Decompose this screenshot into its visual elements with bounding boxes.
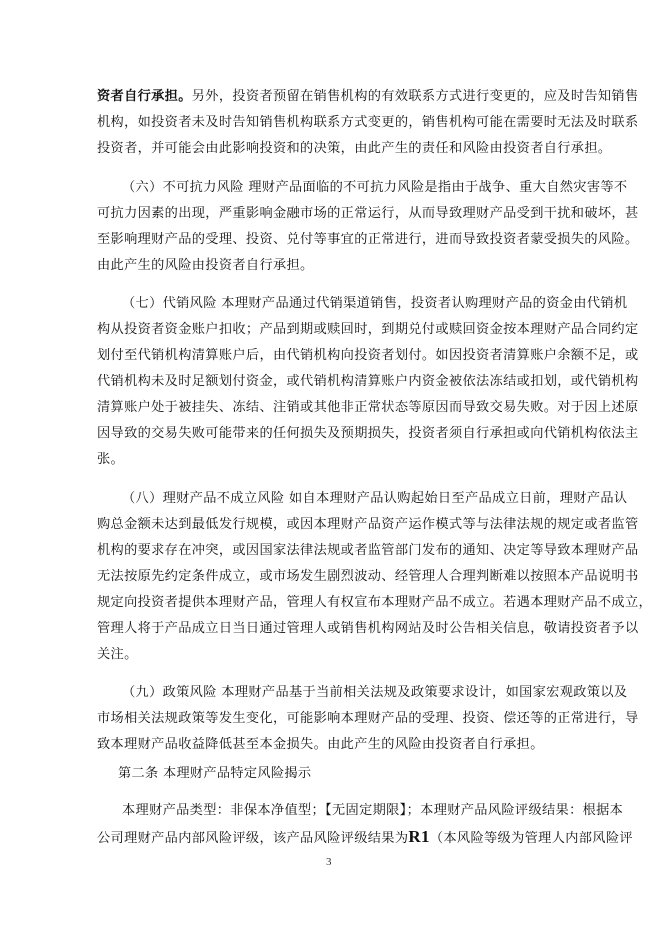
risk-level-value: R1 — [408, 827, 429, 846]
section-heading: 第二条 本理财产品特定风险揭示 — [118, 765, 311, 783]
page-number: 3 — [326, 856, 332, 868]
paragraph-line: 购总金额未达到最低发行规模，或因本理财产品资产运作模式等与法律法规的规定或者监管 — [97, 516, 567, 534]
risk-rating-line: 公司理财产品内部风险评级，该产品风险评级结果为R1（本风险等级为管理人内部风险评 — [97, 828, 567, 848]
paragraph-line: 规定向投资者提供本理财产品，管理人有权宣布本理财产品不成立。若遇本理财产品不成立… — [97, 594, 567, 612]
paragraph-line: 因导致的交易失败可能带来的任何损失及预期损失，投资者须自行承担或向代销机构依法主 — [97, 425, 567, 443]
paragraph-line: （九）政策风险 本理财产品基于当前相关法规及政策要求设计，如国家宏观政策以及 — [122, 684, 567, 702]
paragraph-line: 可抗力因素的出现，严重影响金融市场的正常运行，从而导致理财产品受到干扰和破坏，甚 — [97, 205, 567, 223]
paragraph-line: 机构的要求存在冲突，或因国家法律法规或者监管部门发布的通知、决定等导致本理财产品 — [97, 542, 567, 560]
paragraph-line: 管理人将于产品成立日当日通过管理人或销售机构网站及时公告相关信息，敬请投资者予以 — [97, 620, 567, 638]
paragraph-line: 致本理财产品收益降低甚至本金损失。由此产生的风险由投资者自行承担。 — [97, 736, 567, 754]
paragraph-line: 张。 — [97, 451, 567, 469]
paragraph-line: 至影响理财产品的受理、投资、兑付等事宜的正常进行，进而导致投资者蒙受损失的风险。 — [97, 231, 567, 249]
product-type-line: 本理财产品类型：非保本净值型；【无固定期限】；本理财产品风险评级结果：根据本 — [122, 802, 567, 820]
paragraph-line: （七）代销风险 本理财产品通过代销渠道销售，投资者认购理财产品的资金由代销机 — [122, 295, 567, 313]
paragraph-line: 无法按原先约定条件成立，或市场发生剧烈波动、经管理人合理判断难以按照本产品说明书 — [97, 568, 567, 586]
line-text: （本风险等级为管理人内部风险评 — [430, 831, 633, 846]
line-text: 另外，投资者预留在销售机构的有效联系方式进行变更的，应及时告知销售 — [192, 89, 639, 104]
paragraph-line: 关注。 — [97, 646, 567, 664]
paragraph-line: 市场相关法规政策等发生变化，可能影响本理财产品的受理、投资、偿还等的正常进行，导 — [97, 710, 567, 728]
document-page: 资者自行承担。另外，投资者预留在销售机构的有效联系方式进行变更的，应及时告知销售… — [0, 0, 662, 936]
paragraph-line: 清算账户处于被挂失、冻结、注销或其他非正常状态等原因而导致交易失败。对于因上述原 — [97, 399, 567, 417]
paragraph-line: 构从投资者资金账户扣收；产品到期或赎回时，到期兑付或赎回资金按本理财产品合同约定 — [97, 321, 567, 339]
line-text: 公司理财产品内部风险评级，该产品风险评级结果为 — [97, 831, 408, 846]
paragraph-line: 代销机构未及时足额划付资金，或代销机构清算账户内资金被依法冻结或扣划，或代销机构 — [97, 373, 567, 391]
paragraph-line: 投资者，并可能会由此影响投资和的决策，由此产生的责任和风险由投资者自行承担。 — [97, 140, 567, 158]
paragraph-line: （八）理财产品不成立风险 如自本理财产品认购起始日至产品成立日前，理财产品认 — [122, 490, 567, 508]
paragraph-line: 划付至代销机构清算账户后，由代销机构向投资者划付。如因投资者清算账户余额不足，或 — [97, 347, 567, 365]
paragraph-line: 由此产生的风险由投资者自行承担。 — [97, 257, 567, 275]
paragraph-line: 机构，如投资者未及时告知销售机构联系方式变更的，销售机构可能在需要时无法及时联系 — [97, 114, 567, 132]
bold-text: 资者自行承担。 — [97, 89, 192, 104]
paragraph-line: （六）不可抗力风险 理财产品面临的不可抗力风险是指由于战争、重大自然灾害等不 — [122, 179, 567, 197]
paragraph-line: 资者自行承担。另外，投资者预留在销售机构的有效联系方式进行变更的，应及时告知销售 — [97, 88, 567, 106]
